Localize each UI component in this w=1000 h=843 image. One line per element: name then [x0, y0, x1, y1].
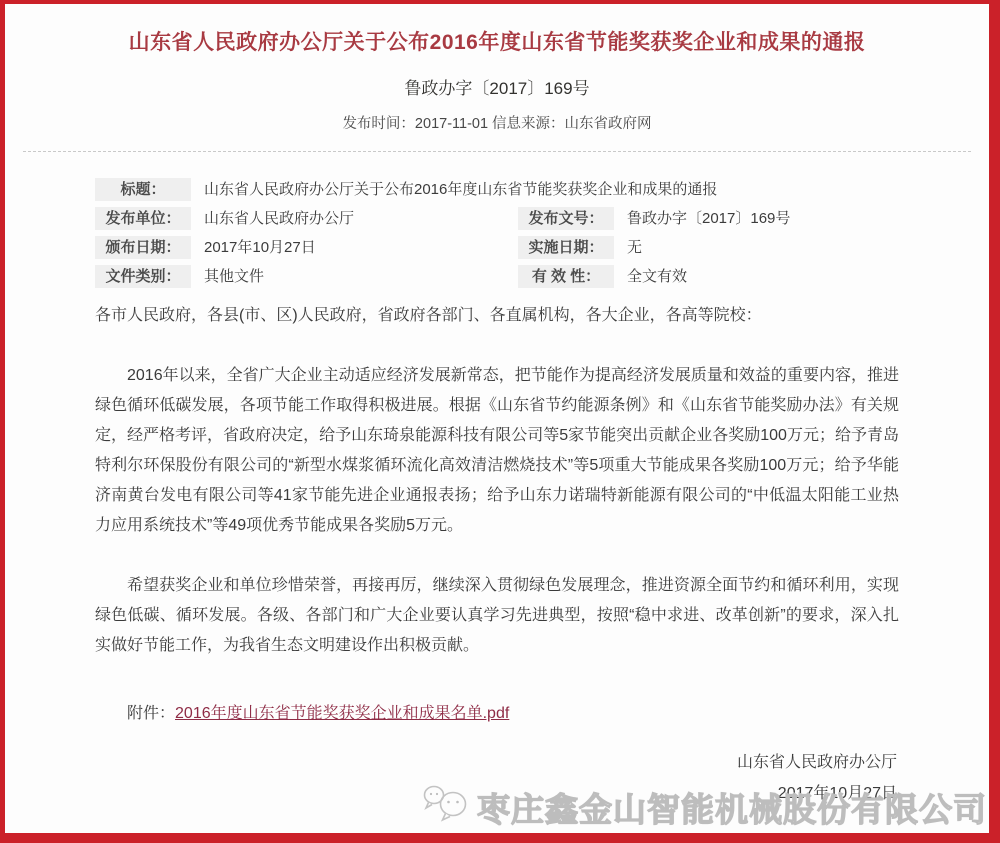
salutation: 各市人民政府，各县(市、区)人民政府，省政府各部门、各直属机构，各大企业，各高等… — [95, 301, 899, 331]
info-cell-validity: 有 效 性： 全文有效 — [518, 265, 687, 288]
publisher-label: 发布单位： — [95, 207, 191, 230]
document-header: 山东省人民政府办公厅关于公布2016年度山东省节能奖获奖企业和成果的通报 鲁政办… — [5, 4, 989, 134]
page-title: 山东省人民政府办公厅关于公布2016年度山东省节能奖获奖企业和成果的通报 — [5, 29, 989, 57]
doc-no-label: 发布文号： — [518, 207, 614, 230]
doc-no-value: 鲁政办字〔2017〕169号 — [614, 207, 790, 230]
issue-date-label: 颁布日期： — [95, 236, 191, 259]
body-paragraph-2: 希望获奖企业和单位珍惜荣誉，再接再厉，继续深入贯彻绿色发展理念，推进资源全面节约… — [95, 571, 899, 661]
document-page: 山东省人民政府办公厅关于公布2016年度山东省节能奖获奖企业和成果的通报 鲁政办… — [0, 0, 1000, 843]
info-cell-publisher: 发布单位： 山东省人民政府办公厅 — [95, 207, 518, 230]
table-row: 文件类别： 其他文件 有 效 性： 全文有效 — [95, 265, 905, 288]
signature-date: 2017年10月27日 — [95, 778, 897, 809]
signature-block: 山东省人民政府办公厅 2017年10月27日 — [95, 747, 899, 809]
document-body: 各市人民政府，各县(市、区)人民政府，省政府各部门、各直属机构，各大企业，各高等… — [95, 301, 899, 809]
table-row: 标题： 山东省人民政府办公厅关于公布2016年度山东省节能奖获奖企业和成果的通报 — [95, 178, 905, 201]
info-cell-title: 标题： 山东省人民政府办公厅关于公布2016年度山东省节能奖获奖企业和成果的通报 — [95, 178, 717, 201]
info-cell-doc-no: 发布文号： 鲁政办字〔2017〕169号 — [518, 207, 790, 230]
impl-date-value: 无 — [614, 236, 642, 259]
body-paragraph-1: 2016年以来，全省广大企业主动适应经济发展新常态，把节能作为提高经济发展质量和… — [95, 361, 899, 541]
table-row: 发布单位： 山东省人民政府办公厅 发布文号： 鲁政办字〔2017〕169号 — [95, 207, 905, 230]
signature-agency: 山东省人民政府办公厅 — [95, 747, 897, 778]
impl-date-label: 实施日期： — [518, 236, 614, 259]
attachment-line: 附件：2016年度山东省节能奖获奖企业和成果名单.pdf — [95, 699, 899, 729]
document-info-table: 标题： 山东省人民政府办公厅关于公布2016年度山东省节能奖获奖企业和成果的通报… — [95, 178, 905, 288]
title-value: 山东省人民政府办公厅关于公布2016年度山东省节能奖获奖企业和成果的通报 — [191, 178, 717, 201]
publish-meta: 发布时间：2017-11-01 信息来源：山东省政府网 — [5, 115, 989, 134]
category-label: 文件类别： — [95, 265, 191, 288]
title-label: 标题： — [95, 178, 191, 201]
issue-date-value: 2017年10月27日 — [191, 236, 316, 259]
validity-label: 有 效 性： — [518, 265, 614, 288]
attachment-pdf-link[interactable]: 2016年度山东省节能奖获奖企业和成果名单.pdf — [175, 705, 509, 722]
validity-value: 全文有效 — [614, 265, 687, 288]
category-value: 其他文件 — [191, 265, 264, 288]
info-cell-impl-date: 实施日期： 无 — [518, 236, 642, 259]
header-divider — [23, 151, 971, 152]
publisher-value: 山东省人民政府办公厅 — [191, 207, 354, 230]
doc-number: 鲁政办字〔2017〕169号 — [5, 78, 989, 100]
table-row: 颁布日期： 2017年10月27日 实施日期： 无 — [95, 236, 905, 259]
info-cell-issue-date: 颁布日期： 2017年10月27日 — [95, 236, 518, 259]
attachment-label: 附件： — [127, 705, 175, 722]
info-cell-category: 文件类别： 其他文件 — [95, 265, 518, 288]
